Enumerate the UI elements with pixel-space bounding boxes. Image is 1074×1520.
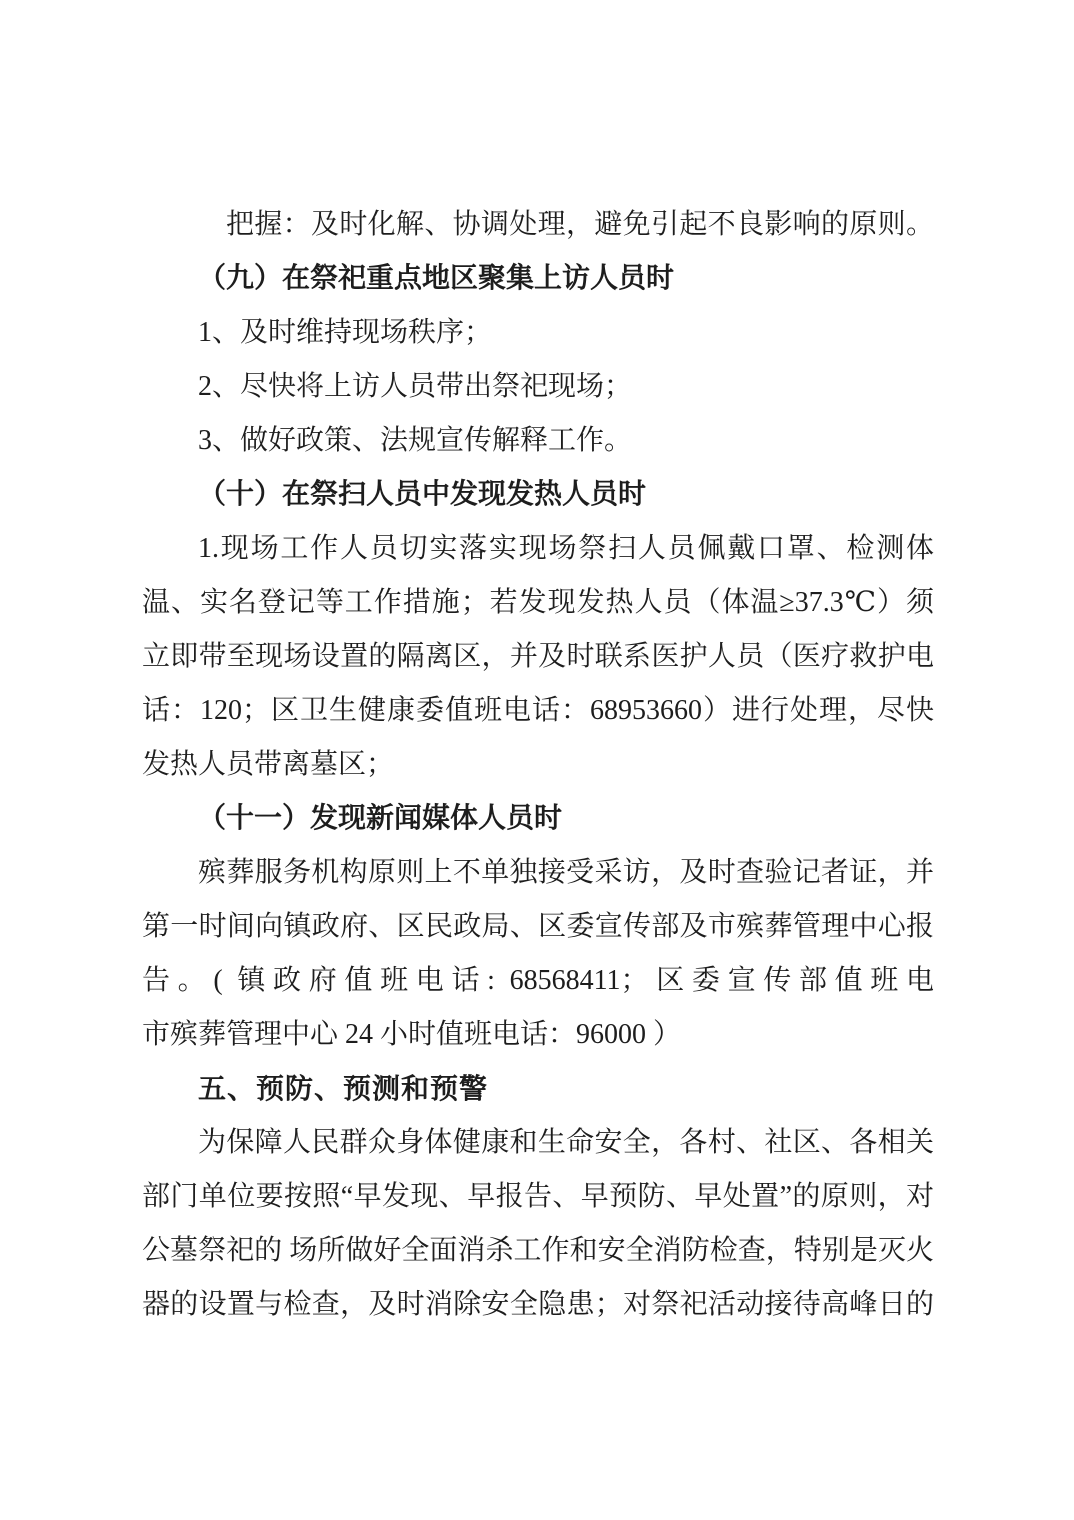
text-line: 发热人员带离墓区； [142,738,934,792]
text-line: 1、及时维持现场秩序； [142,306,934,360]
text-line: 为保障人民群众身体健康和生命安全，各村、社区、各相关 [142,1116,934,1170]
text-line: 把握：及时化解、协调处理，避免引起不良影响的原则。 [142,198,934,252]
text-line: 器的设置与检查，及时消除安全隐患；对祭祀活动接待高峰日的 [142,1278,934,1332]
text-line: 立即带至现场设置的隔离区，并及时联系医护人员（医疗救护电 [142,630,934,684]
text-line: 部门单位要按照“早发现、早报告、早预防、早处置”的原则，对 [142,1170,934,1224]
text-line: 1.现场工作人员切实落实现场祭扫人员佩戴口罩、检测体 [142,522,934,576]
text-line: 告。( 镇政府值班电话: 68568411；区委宣传部值班电话:68903815… [142,954,934,1008]
text-line: 公墓祭祀的 场所做好全面消杀工作和安全消防检查，特别是灭火 [142,1224,934,1278]
text-line: 话：120；区卫生健康委值班电话：68953660）进行处理，尽快将 [142,684,934,738]
text-line: 第一时间向镇政府、区民政局、区委宣传部及市殡葬管理中心报 [142,900,934,954]
text-line: 殡葬服务机构原则上不单独接受采访，及时查验记者证，并 [142,846,934,900]
text-line: 温、实名登记等工作措施；若发现发热人员（体温≥37.3℃）须 [142,576,934,630]
text-line: 3、做好政策、法规宣传解释工作。 [142,414,934,468]
section-heading: （九）在祭祀重点地区聚集上访人员时 [142,252,934,306]
document-page: 把握：及时化解、协调处理，避免引起不良影响的原则。（九）在祭祀重点地区聚集上访人… [0,0,1074,1520]
document-content: 把握：及时化解、协调处理，避免引起不良影响的原则。（九）在祭祀重点地区聚集上访人… [142,198,934,1332]
section-heading: （十）在祭扫人员中发现发热人员时 [142,468,934,522]
text-line: 市殡葬管理中心 24 小时值班电话：96000 ） [142,1008,934,1062]
section-heading: （十一）发现新闻媒体人员时 [142,792,934,846]
section-heading: 五、预防、预测和预警 [142,1062,934,1116]
text-line: 2、尽快将上访人员带出祭祀现场； [142,360,934,414]
